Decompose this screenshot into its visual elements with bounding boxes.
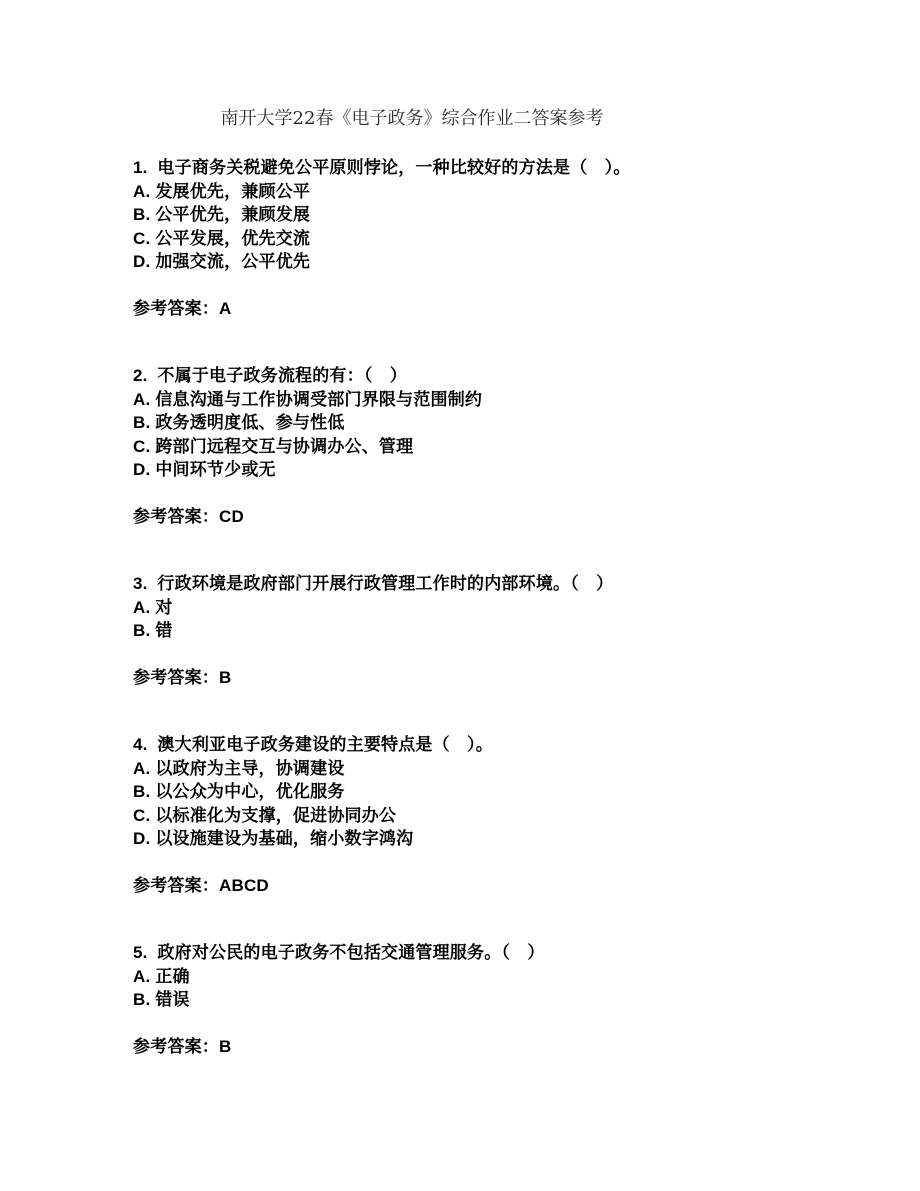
answer-value: A (219, 299, 231, 318)
option-line: C. 公平发展，优先交流 (133, 227, 920, 251)
question-text: 2. 不属于电子政务流程的有：（ ） (133, 364, 920, 388)
option-line: A. 对 (133, 596, 920, 620)
page-title: 南开大学22春《电子政务》综合作业二答案参考 (133, 108, 691, 130)
question-text: 1. 电子商务关税避免公平原则悖论，一种比较好的方法是（ ）。 (133, 156, 920, 180)
option-line: C. 跨部门远程交互与协调办公、管理 (133, 435, 920, 459)
answer-value: B (219, 1037, 231, 1056)
answer-label: 参考答案： (133, 299, 219, 318)
option-line: C. 以标准化为支撑，促进协同办公 (133, 804, 920, 828)
question-text: 5. 政府对公民的电子政务不包括交通管理服务。（ ） (133, 941, 920, 965)
answer-label: 参考答案： (133, 507, 219, 526)
answer-label: 参考答案： (133, 1037, 219, 1056)
answer-label: 参考答案： (133, 876, 219, 895)
option-line: B. 错误 (133, 988, 920, 1012)
option-line: A. 信息沟通与工作协调受部门界限与范围制约 (133, 388, 920, 412)
answer-value: CD (219, 507, 244, 526)
question-block: 4. 澳大利亚电子政务建设的主要特点是（ ）。A. 以政府为主导，协调建设B. … (133, 733, 920, 898)
question-block: 1. 电子商务关税避免公平原则悖论，一种比较好的方法是（ ）。A. 发展优先，兼… (133, 156, 920, 321)
question-block: 3. 行政环境是政府部门开展行政管理工作时的内部环境。（ ）A. 对B. 错参考… (133, 572, 920, 690)
question-text: 3. 行政环境是政府部门开展行政管理工作时的内部环境。（ ） (133, 572, 920, 596)
document-page: 南开大学22春《电子政务》综合作业二答案参考 1. 电子商务关税避免公平原则悖论… (0, 0, 920, 1191)
option-line: B. 错 (133, 619, 920, 643)
option-line: A. 正确 (133, 965, 920, 989)
option-line: A. 以政府为主导，协调建设 (133, 757, 920, 781)
option-line: D. 加强交流，公平优先 (133, 250, 920, 274)
answer-line: 参考答案：CD (133, 505, 920, 529)
question-block: 2. 不属于电子政务流程的有：（ ）A. 信息沟通与工作协调受部门界限与范围制约… (133, 364, 920, 529)
answer-value: B (219, 668, 231, 687)
questions-list: 1. 电子商务关税避免公平原则悖论，一种比较好的方法是（ ）。A. 发展优先，兼… (133, 156, 920, 1059)
option-line: D. 以设施建设为基础，缩小数字鸿沟 (133, 827, 920, 851)
answer-line: 参考答案：B (133, 1035, 920, 1059)
option-line: A. 发展优先，兼顾公平 (133, 180, 920, 204)
question-block: 5. 政府对公民的电子政务不包括交通管理服务。（ ）A. 正确B. 错误参考答案… (133, 941, 920, 1059)
answer-label: 参考答案： (133, 668, 219, 687)
option-line: B. 公平优先，兼顾发展 (133, 203, 920, 227)
option-line: D. 中间环节少或无 (133, 458, 920, 482)
answer-line: 参考答案：A (133, 297, 920, 321)
option-line: B. 以公众为中心，优化服务 (133, 780, 920, 804)
answer-line: 参考答案：ABCD (133, 874, 920, 898)
option-line: B. 政务透明度低、参与性低 (133, 411, 920, 435)
answer-value: ABCD (219, 876, 269, 895)
answer-line: 参考答案：B (133, 666, 920, 690)
question-text: 4. 澳大利亚电子政务建设的主要特点是（ ）。 (133, 733, 920, 757)
